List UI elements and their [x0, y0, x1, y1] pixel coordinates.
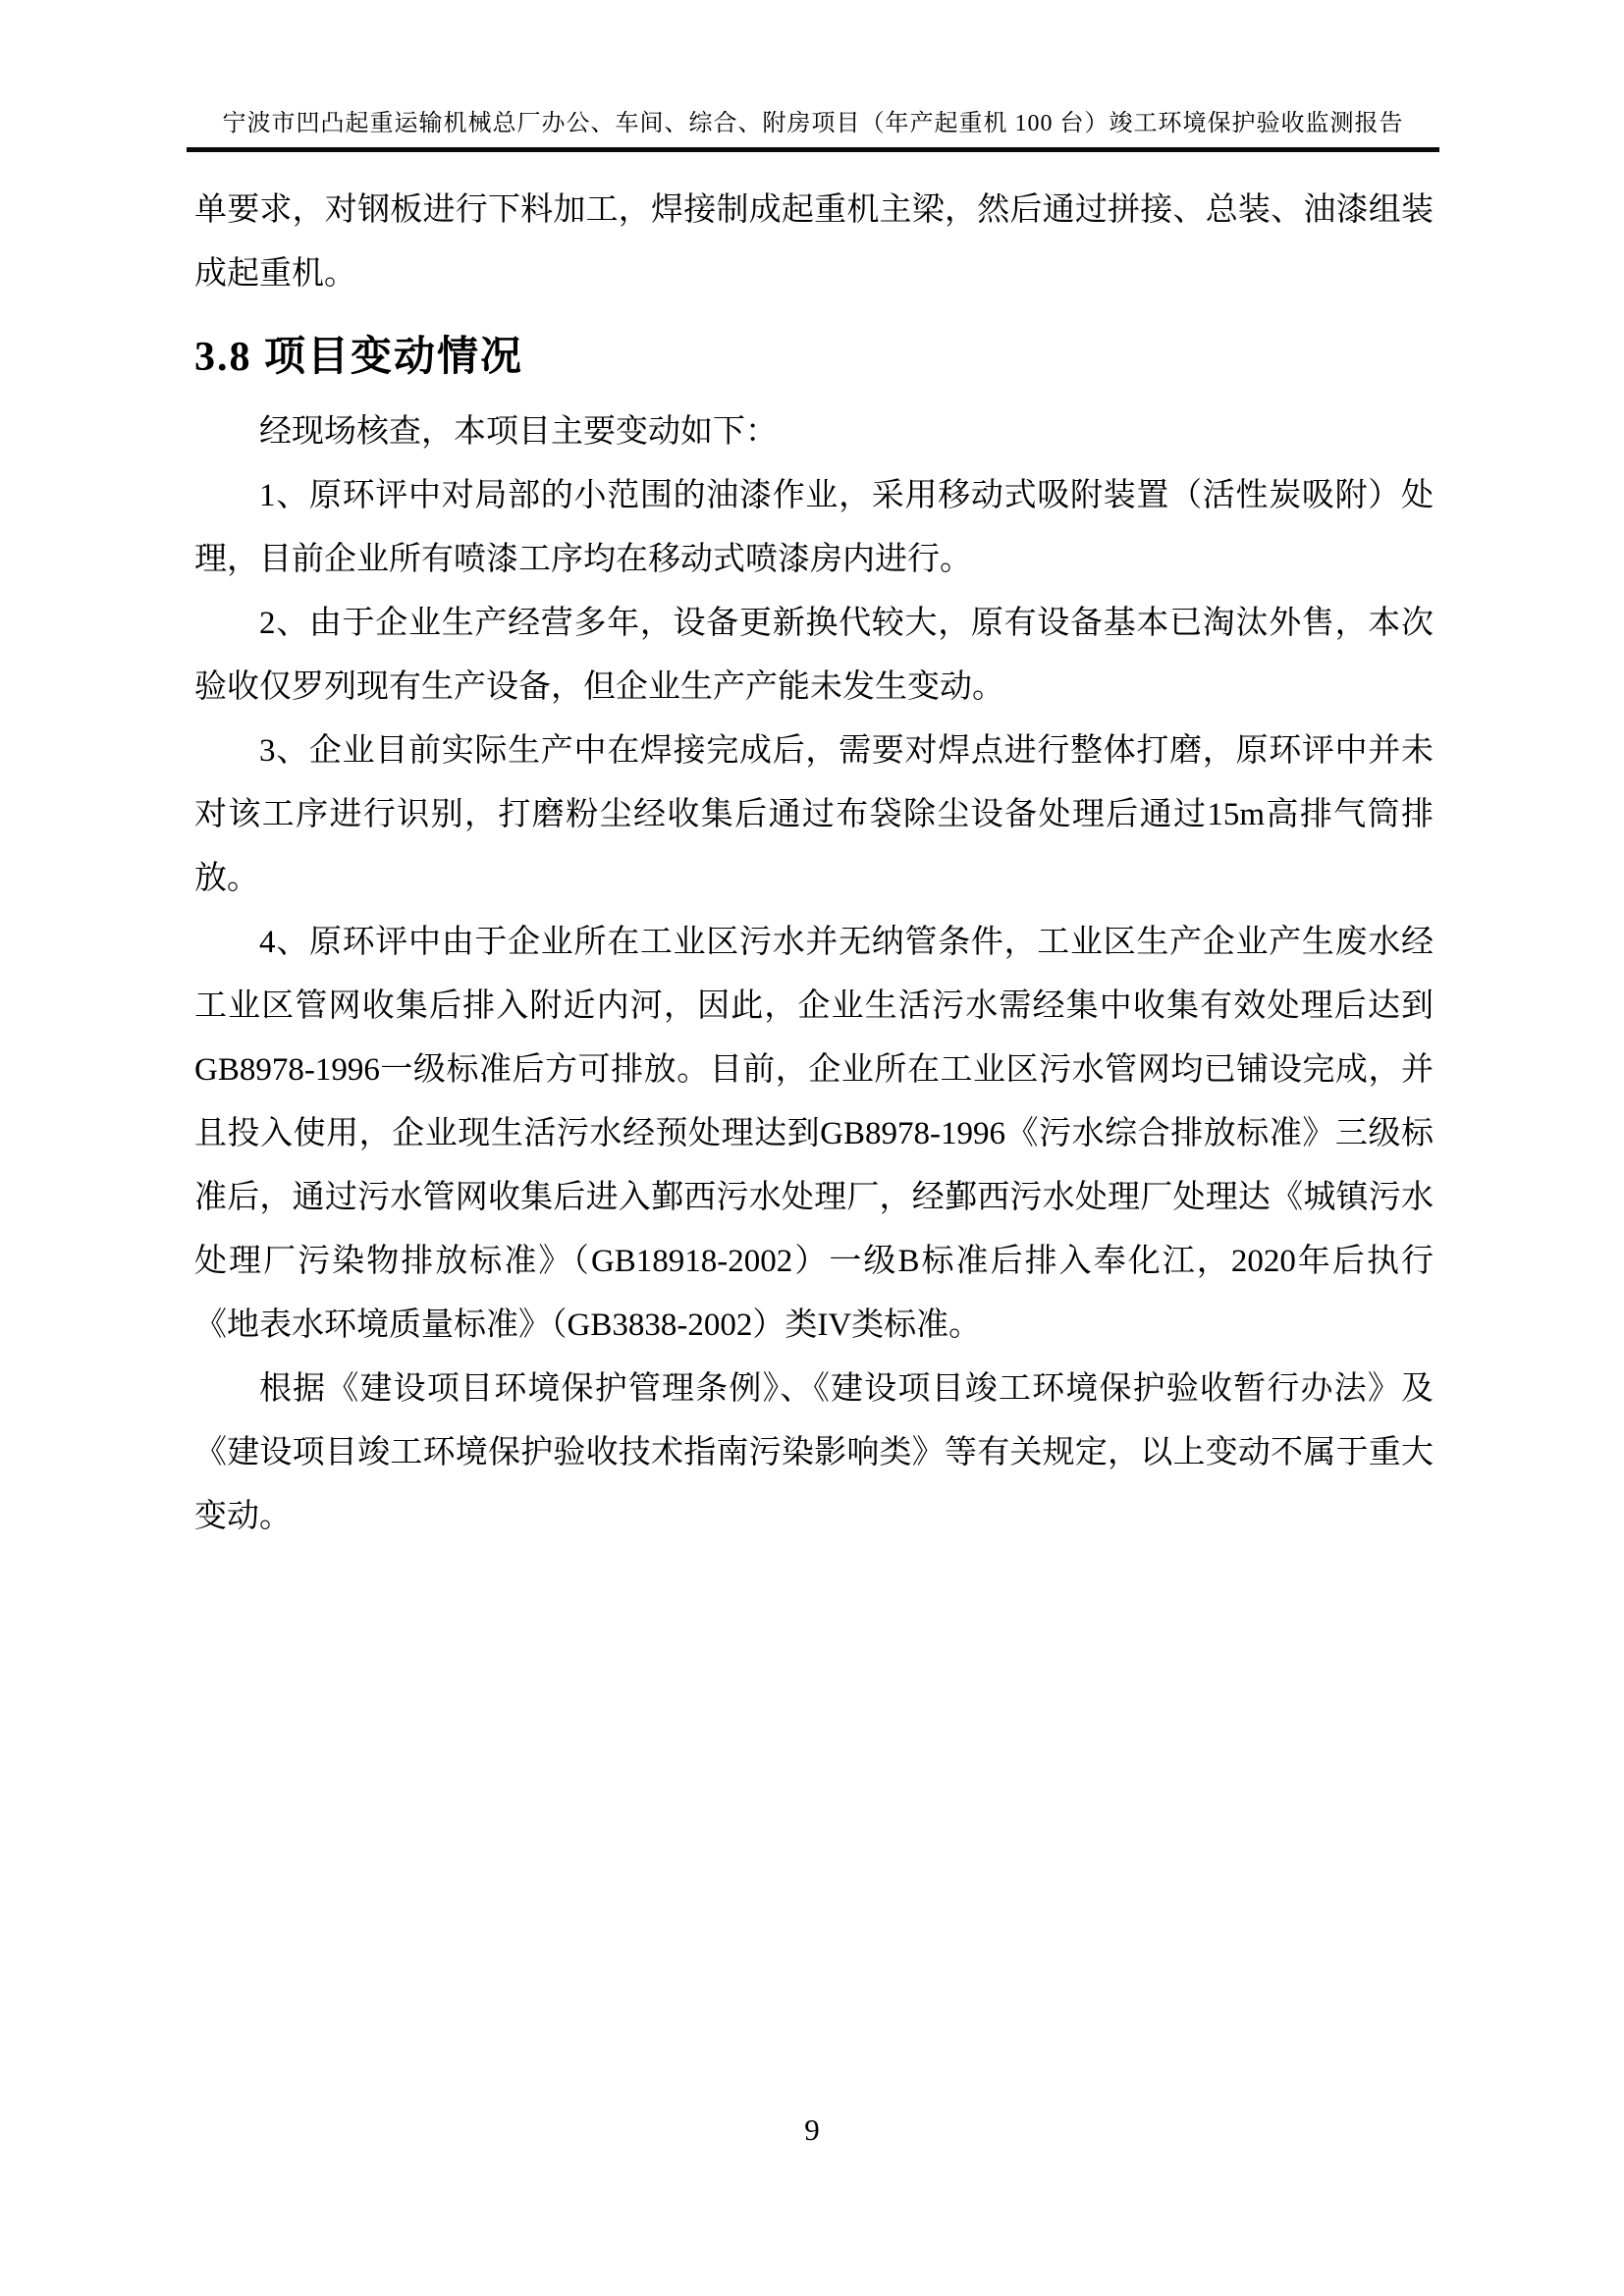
paragraph-item-2: 2、由于企业生产经营多年，设备更新换代较大，原有设备基本已淘汰外售，本次验收仅罗… [194, 592, 1434, 720]
paragraph-conclusion: 根据《建设项目环境保护管理条例》、《建设项目竣工环境保护验收暂行办法》及《建设项… [194, 1358, 1434, 1549]
paragraph-item-4: 4、原环评中由于企业所在工业区污水并无纳管条件，工业区生产企业产生废水经工业区管… [194, 911, 1434, 1358]
paragraph-item-3: 3、企业目前实际生产中在焊接完成后，需要对焊点进行整体打磨，原环评中并未对该工序… [194, 720, 1434, 911]
page-body: 单要求，对钢板进行下料加工，焊接制成起重机主梁，然后通过拼接、总装、油漆组装成起… [194, 179, 1434, 1549]
document-page: 宁波市凹凸起重运输机械总厂办公、车间、综合、附房项目（年产起重机 100 台）竣… [0, 0, 1624, 2296]
paragraph-item-1: 1、原环评中对局部的小范围的油漆作业，采用移动式吸附装置（活性炭吸附）处理，目前… [194, 464, 1434, 592]
report-header: 宁波市凹凸起重运输机械总厂办公、车间、综合、附房项目（年产起重机 100 台）竣… [187, 108, 1439, 152]
intro-paragraph: 单要求，对钢板进行下料加工，焊接制成起重机主梁，然后通过拼接、总装、油漆组装成起… [194, 179, 1434, 306]
page-number: 9 [0, 2110, 1624, 2150]
paragraph-lead: 经现场核查，本项目主要变动如下： [194, 400, 1434, 464]
section-heading: 3.8 项目变动情况 [194, 328, 1434, 387]
